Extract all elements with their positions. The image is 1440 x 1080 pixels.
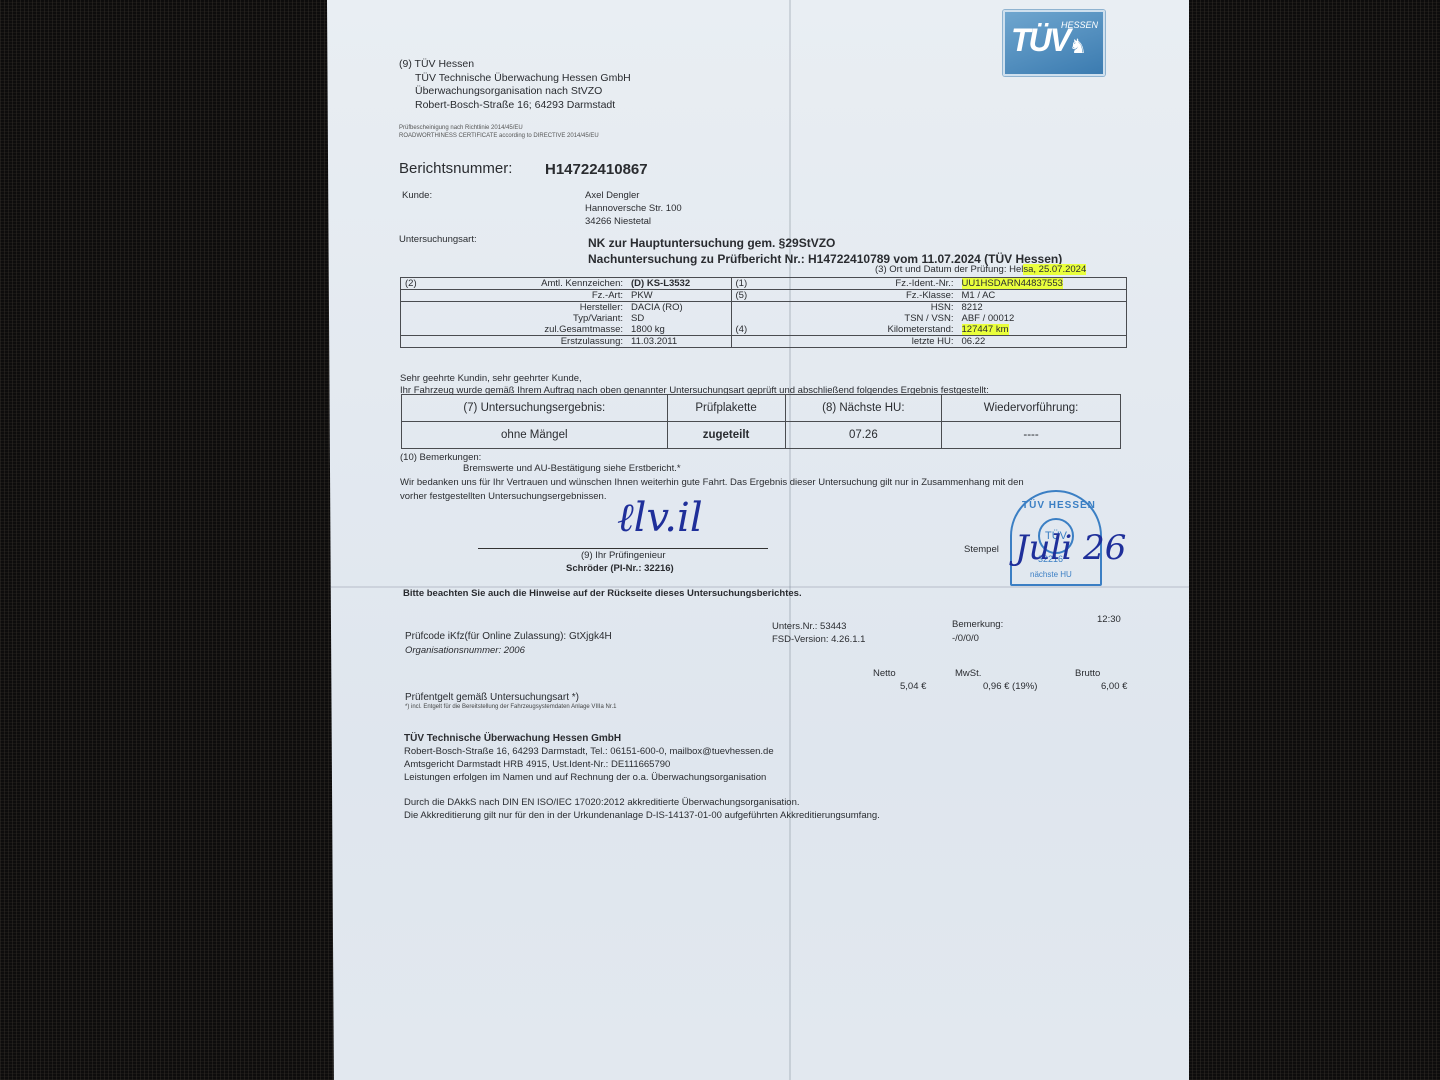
accreditation-line: Die Akkreditierung gilt nur für den in d… <box>404 809 880 822</box>
right-row-number <box>731 302 780 314</box>
right-row-value: 8212 <box>958 302 1127 314</box>
fsd-version: FSD-Version: 4.26.1.1 <box>772 633 865 646</box>
vehicle-row: (2)Amtl. Kennzeichen:(D) KS-L3532(1)Fz.-… <box>401 278 1127 290</box>
left-row-number <box>401 302 450 314</box>
result-value: zugeteilt <box>667 422 785 449</box>
right-row-number <box>731 313 780 324</box>
left-row-label: Erstzulassung: <box>449 336 627 348</box>
footer-line: Robert-Bosch-Straße 16, 64293 Darmstadt,… <box>404 745 774 758</box>
left-row-number <box>401 313 450 324</box>
result-table: (7) Untersuchungsergebnis: Prüfplakette … <box>401 394 1121 449</box>
vehicle-row: Typ/Variant:SDTSN / VSN:ABF / 00012 <box>401 313 1127 324</box>
right-row-value: 127447 km <box>958 324 1127 336</box>
left-row-label: Amtl. Kennzeichen: <box>449 278 627 290</box>
report-number-label: Berichtsnummer: <box>399 160 512 177</box>
customer-street: Hannoversche Str. 100 <box>585 202 682 215</box>
left-row-label: Fz.-Art: <box>449 290 627 302</box>
remarks-label: (10) Bemerkungen: <box>400 452 481 463</box>
inspection-ids: Unters.Nr.: 53443 FSD-Version: 4.26.1.1 <box>772 620 865 646</box>
right-row-value: 06.22 <box>958 336 1127 348</box>
left-row-label: zul.Gesamtmasse: <box>449 324 627 336</box>
vehicle-row: zul.Gesamtmasse:1800 kg(4)Kilometerstand… <box>401 324 1127 336</box>
bemerkung-block: Bemerkung: -/0/0/0 <box>952 618 1003 646</box>
fee-header-mwst: MwSt. <box>955 668 981 679</box>
left-row-value: SD <box>627 313 731 324</box>
thanks-line: vorher festgestellten Untersuchungsergeb… <box>400 490 1024 504</box>
cert-en: ROADWORTHINESS CERTIFICATE according to … <box>399 132 599 140</box>
issuer-line: TÜV Technische Überwachung Hessen GmbH <box>399 72 631 86</box>
result-header: Wiedervorführung: <box>942 395 1121 422</box>
engineer-name: Schröder (PI-Nr.: 32216) <box>566 563 674 574</box>
accreditation: Durch die DAkkS nach DIN EN ISO/IEC 1702… <box>404 796 880 822</box>
customer-label: Kunde: <box>402 190 432 201</box>
signature-line <box>478 548 768 549</box>
customer-name: Axel Dengler <box>585 189 682 202</box>
left-row-value: 1800 kg <box>627 324 731 336</box>
company-footer: TÜV Technische Überwachung Hessen GmbH R… <box>404 732 774 784</box>
bemerkung-label: Bemerkung: <box>952 618 1003 632</box>
pruefcode: Prüfcode iKfz(für Online Zulassung): GtX… <box>405 631 612 642</box>
unters-nr: Unters.Nr.: 53443 <box>772 620 865 633</box>
issuer-line: Robert-Bosch-Straße 16; 64293 Darmstadt <box>399 99 631 113</box>
right-row-number: (5) <box>731 290 780 302</box>
right-row-value: ABF / 00012 <box>958 313 1127 324</box>
place-date-highlight: sa, 25.07.2024 <box>1023 264 1086 275</box>
stamp-bottom-text: nächste HU <box>1030 570 1072 579</box>
right-row-label: Fz.-Ident.-Nr.: <box>780 278 958 290</box>
tuv-hessen-logo: TÜV HESSEN ♞ <box>1003 10 1105 76</box>
inspection-type-line: NK zur Hauptuntersuchung gem. §29StVZO <box>588 235 1062 251</box>
right-row-number: (4) <box>731 324 780 336</box>
engineer-label: (9) Ihr Prüfingenieur <box>581 550 665 561</box>
right-row-number: (1) <box>731 278 780 290</box>
vehicle-data-table: (2)Amtl. Kennzeichen:(D) KS-L3532(1)Fz.-… <box>400 277 1127 348</box>
paper-fold-vertical <box>789 0 791 1080</box>
result-value: ohne Mängel <box>402 422 668 449</box>
left-row-value: PKW <box>627 290 731 302</box>
result-header: Prüfplakette <box>667 395 785 422</box>
certificate-note: Prüfbescheinigung nach Richtlinie 2014/4… <box>399 124 599 140</box>
right-row-label: HSN: <box>780 302 958 314</box>
result-header: (8) Nächste HU: <box>785 395 942 422</box>
right-row-label: Kilometerstand: <box>780 324 958 336</box>
thanks-line: Wir bedanken uns für Ihr Vertrauen und w… <box>400 476 1024 490</box>
right-row-value: M1 / AC <box>958 290 1127 302</box>
logo-subtext: HESSEN <box>1061 20 1098 30</box>
right-row-label: Fz.-Klasse: <box>780 290 958 302</box>
issuer-block: (9) TÜV Hessen TÜV Technische Überwachun… <box>399 58 631 112</box>
cert-de: Prüfbescheinigung nach Richtlinie 2014/4… <box>399 124 599 132</box>
fee-header-brutto: Brutto <box>1075 668 1100 679</box>
left-row-number <box>401 336 450 348</box>
result-value: ---- <box>942 422 1121 449</box>
engineer-signature: ℓlv.il <box>617 494 703 541</box>
inspection-time: 12:30 <box>1097 614 1121 625</box>
fee-mwst: 0,96 € (19%) <box>983 681 1037 692</box>
result-header: (7) Untersuchungsergebnis: <box>402 395 668 422</box>
left-row-label: Typ/Variant: <box>449 313 627 324</box>
inspection-type-label: Untersuchungsart: <box>399 234 477 245</box>
thanks-text: Wir bedanken uns für Ihr Vertrauen und w… <box>400 476 1024 504</box>
left-row-number <box>401 290 450 302</box>
bemerkung-value: -/0/0/0 <box>952 632 1003 646</box>
right-row-number <box>731 336 780 348</box>
lion-icon: ♞ <box>1069 34 1087 59</box>
left-row-value: 11.03.2011 <box>627 336 731 348</box>
vehicle-row: Fz.-Art:PKW(5)Fz.-Klasse:M1 / AC <box>401 290 1127 302</box>
place-date-label: (3) Ort und Datum der Prüfung: Hel <box>875 264 1023 275</box>
handwritten-month: Juli 26 <box>1015 528 1126 568</box>
right-row-label: TSN / VSN: <box>780 313 958 324</box>
fee-label: Prüfentgelt gemäß Untersuchungsart *) <box>405 692 579 703</box>
fee-brutto: 6,00 € <box>1101 681 1127 692</box>
stamp-top-text: TÜV HESSEN <box>1022 500 1096 511</box>
customer-address: Axel Dengler Hannoversche Str. 100 34266… <box>585 189 682 228</box>
right-row-label: letzte HU: <box>780 336 958 348</box>
footer-line: Amtsgericht Darmstadt HRB 4915, Ust.Iden… <box>404 758 774 771</box>
result-value: 07.26 <box>785 422 942 449</box>
fee-footnote: *) incl. Entgelt für die Bereitstellung … <box>405 704 616 710</box>
stamp-label: Stempel <box>964 544 999 555</box>
left-row-number: (2) <box>401 278 450 290</box>
vehicle-row: Erstzulassung:11.03.2011letzte HU:06.22 <box>401 336 1127 348</box>
left-row-value: (D) KS-L3532 <box>627 278 731 290</box>
fee-header-netto: Netto <box>873 668 896 679</box>
right-row-value: UU1HSDARN44837553 <box>958 278 1127 290</box>
greeting-line: Sehr geehrte Kundin, sehr geehrter Kunde… <box>400 373 989 385</box>
accreditation-line: Durch die DAkkS nach DIN EN ISO/IEC 1702… <box>404 796 880 809</box>
organisation-number: Organisationsnummer: 2006 <box>405 645 525 656</box>
inspection-type: NK zur Hauptuntersuchung gem. §29StVZO N… <box>588 235 1062 267</box>
left-row-number <box>401 324 450 336</box>
customer-city: 34266 Niestetal <box>585 215 682 228</box>
remarks-text: Bremswerte und AU-Bestätigung siehe Erst… <box>463 463 681 474</box>
vehicle-row: Hersteller:DACIA (RO)HSN:8212 <box>401 302 1127 314</box>
left-row-value: DACIA (RO) <box>627 302 731 314</box>
backside-notice: Bitte beachten Sie auch die Hinweise auf… <box>403 588 802 599</box>
footer-line: Leistungen erfolgen im Namen und auf Rec… <box>404 771 774 784</box>
inspection-report-paper: (9) TÜV Hessen TÜV Technische Überwachun… <box>327 0 1189 1080</box>
issuer-line: (9) TÜV Hessen <box>399 58 631 72</box>
issuer-line: Überwachungsorganisation nach StVZO <box>399 85 631 99</box>
footer-company: TÜV Technische Überwachung Hessen GmbH <box>404 733 621 744</box>
place-date: (3) Ort und Datum der Prüfung: Helsa, 25… <box>875 264 1086 275</box>
report-number: H14722410867 <box>545 161 648 178</box>
fee-netto: 5,04 € <box>900 681 926 692</box>
left-row-label: Hersteller: <box>449 302 627 314</box>
